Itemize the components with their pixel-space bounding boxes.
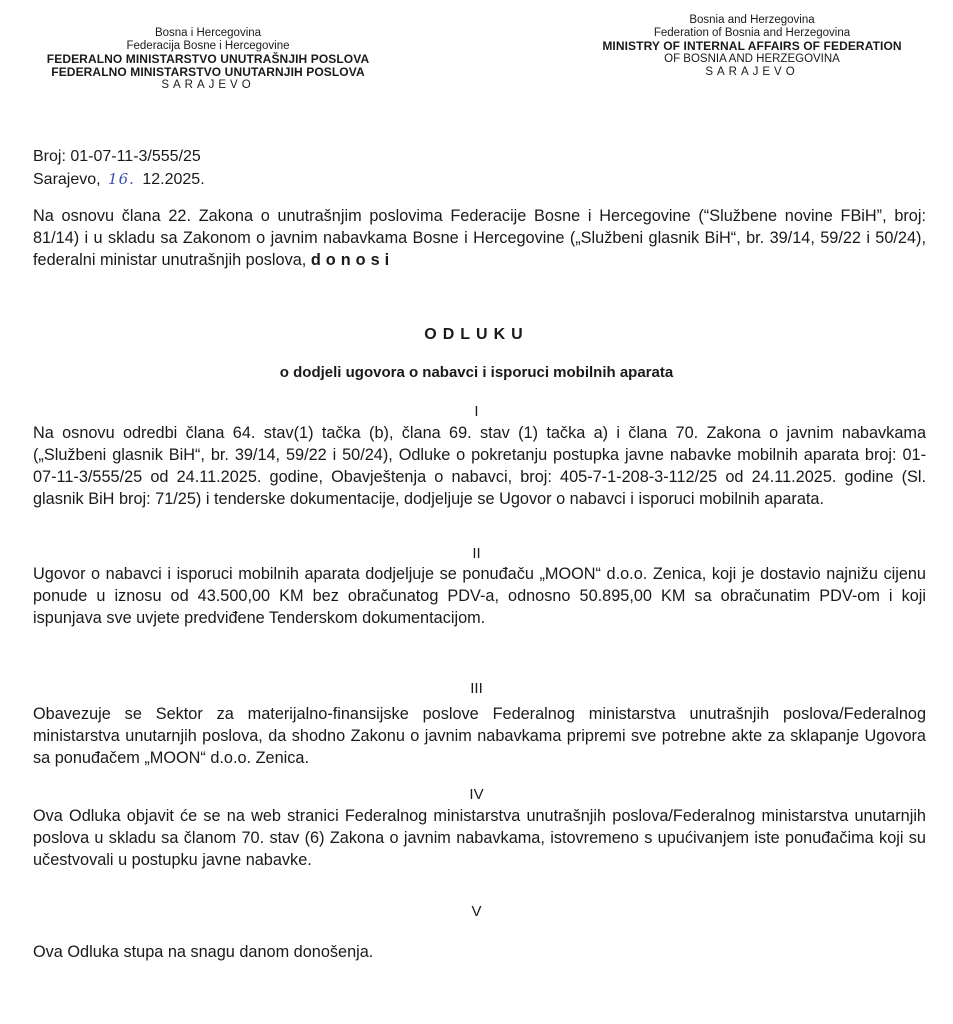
preamble-text: Na osnovu člana 22. Zakona o unutrašnjim… [33, 207, 926, 269]
date-month-year: 12.2025. [142, 171, 204, 188]
decision-subtitle: o dodjeli ugovora o nabavci i isporuci m… [0, 364, 953, 381]
letterhead-english: Bosnia and Herzegovina Federation of Bos… [582, 14, 922, 79]
city-name: SARAJEVO [28, 79, 388, 92]
preamble: Na osnovu člana 22. Zakona o unutrašnjim… [33, 205, 926, 271]
document-date: Sarajevo, 16. 12.2025. [33, 168, 205, 191]
ministry-name-en-2: OF BOSNIA AND HERZEGOVINA [582, 53, 922, 66]
section-number-1: I [0, 403, 953, 420]
handwritten-day: 16. [108, 170, 135, 188]
ministry-name-2: FEDERALNO MINISTARSTVO UNUTARNJIH POSLOV… [28, 66, 388, 79]
date-place: Sarajevo, [33, 171, 101, 188]
letterhead-bosnian: Bosna i Hercegovina Federacija Bosne i H… [28, 27, 388, 92]
country-name-en: Bosnia and Herzegovina [582, 14, 922, 27]
ministry-name-en: MINISTRY OF INTERNAL AFFAIRS OF FEDERATI… [582, 40, 922, 53]
section-number-3: III [0, 680, 953, 697]
document-page: Bosna i Hercegovina Federacija Bosne i H… [0, 0, 953, 1024]
section-text-5: Ova Odluka stupa na snagu danom donošenj… [33, 941, 926, 963]
section-text-4: Ova Odluka objavit će se na web stranici… [33, 805, 926, 871]
section-text-2: Ugovor o nabavci i isporuci mobilnih apa… [33, 563, 926, 629]
city-name-en: SARAJEVO [582, 66, 922, 79]
document-number: Broj: 01-07-11-3/555/25 [33, 146, 205, 168]
section-number-2: II [0, 545, 953, 562]
section-number-5: V [0, 903, 953, 920]
section-number-4: IV [0, 786, 953, 803]
section-text-1: Na osnovu odredbi člana 64. stav(1) tačk… [33, 422, 926, 510]
decision-title: ODLUKU [0, 326, 953, 344]
preamble-emphasis: donosi [311, 251, 394, 269]
document-meta: Broj: 01-07-11-3/555/25 Sarajevo, 16. 12… [33, 146, 205, 191]
country-name: Bosna i Hercegovina [28, 27, 388, 40]
section-text-3: Obavezuje se Sektor za materijalno-finan… [33, 703, 926, 769]
